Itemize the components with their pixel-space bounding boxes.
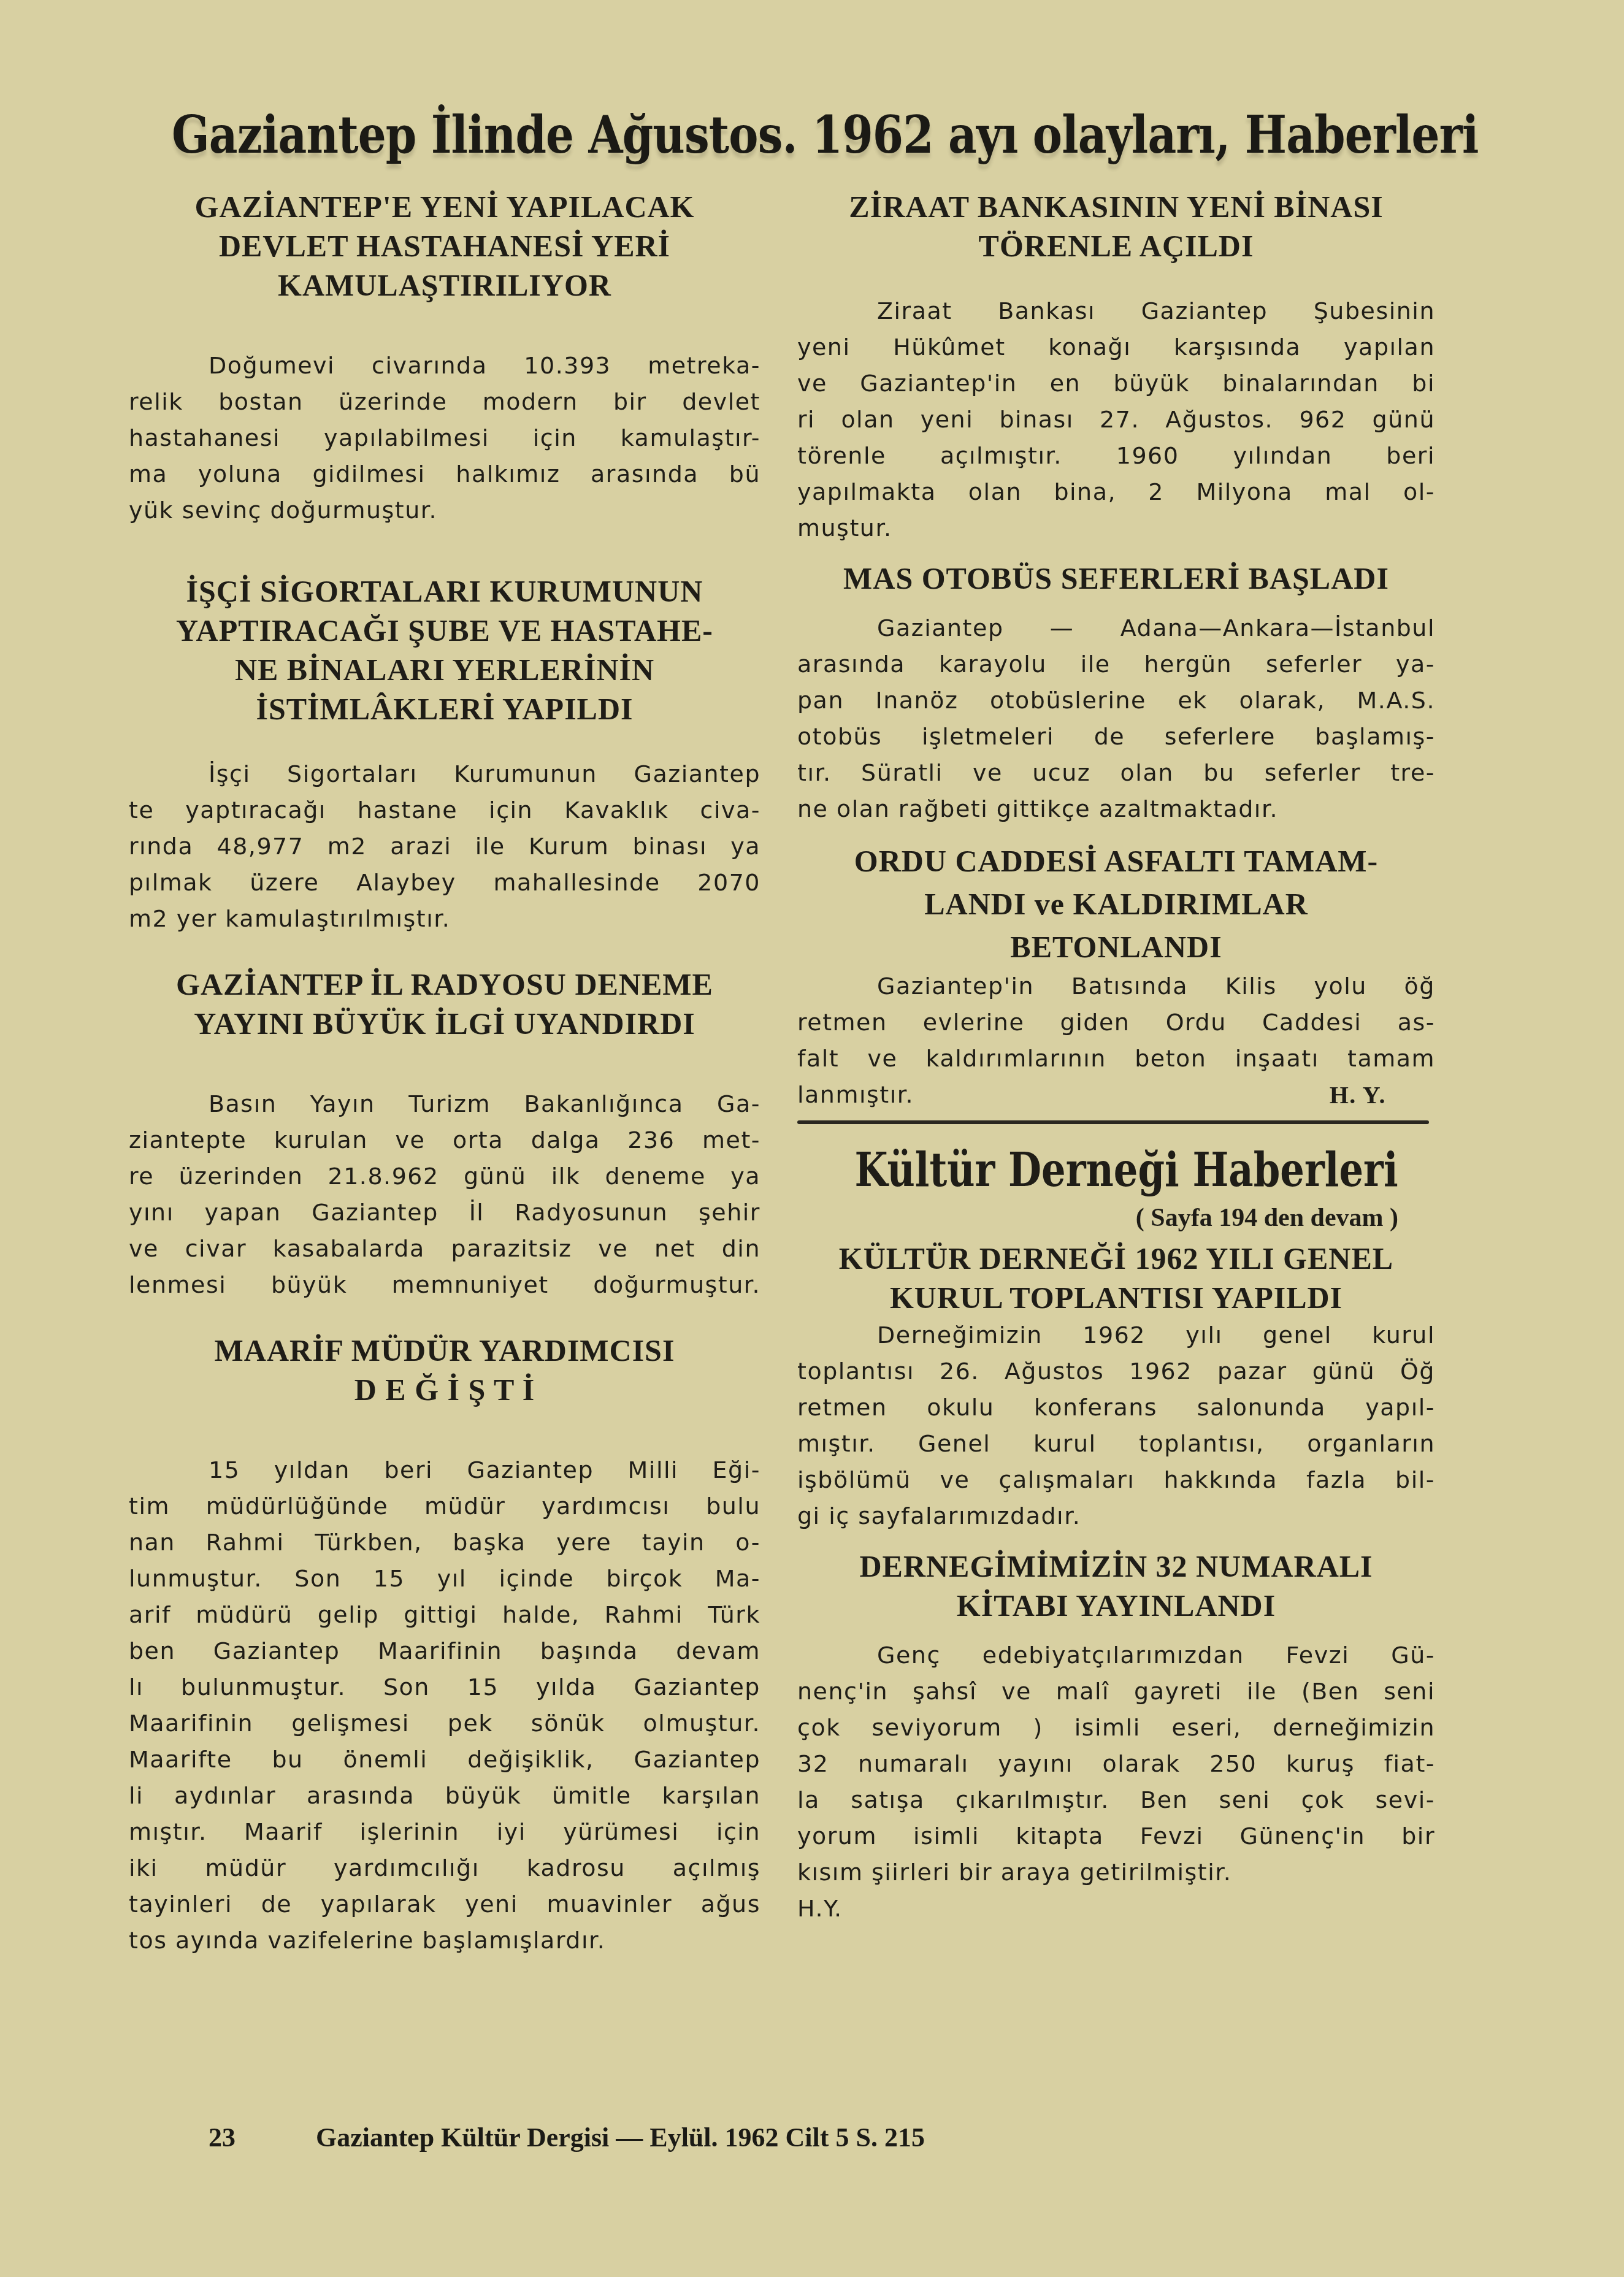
article-headline: GAZİANTEP'E YENİ YAPILACAK DEVLET HASTAH… bbox=[129, 187, 760, 305]
article-body: Basın Yayın Turizm Bakanlığınca Ga- zian… bbox=[129, 1086, 760, 1303]
article-book-published: DERNEGİMİMİZİN 32 NUMARALI KİTABI YAYINL… bbox=[797, 1547, 1435, 1927]
publication-info: Gaziantep Kültür Dergisi — Eylül. 1962 C… bbox=[316, 2122, 925, 2153]
article-body: Derneğimizin 1962 yılı genel kurul topla… bbox=[797, 1317, 1435, 1534]
article-headline: MAS OTOBÜS SEFERLERİ BAŞLADI bbox=[797, 559, 1435, 598]
left-column: GAZİANTEP'E YENİ YAPILACAK DEVLET HASTAH… bbox=[129, 187, 760, 1959]
article-body: Gaziantep — Adana—Ankara—İstanbul arasın… bbox=[797, 610, 1435, 827]
article-general-assembly: KÜLTÜR DERNEĞİ 1962 YILI GENEL KURUL TOP… bbox=[797, 1239, 1435, 1534]
article-headline: MAARİF MÜDÜR YARDIMCISI D E Ğ İ Ş T İ bbox=[129, 1331, 760, 1409]
article-headline: GAZİANTEP İL RADYOSU DENEME YAYINI BÜYÜK… bbox=[129, 965, 760, 1043]
article-ziraat-bank: ZİRAAT BANKASININ YENİ BİNASI TÖRENLE AÇ… bbox=[797, 187, 1435, 546]
article-headline: ZİRAAT BANKASININ YENİ BİNASI TÖRENLE AÇ… bbox=[797, 187, 1435, 266]
article-radio-broadcast: GAZİANTEP İL RADYOSU DENEME YAYINI BÜYÜK… bbox=[129, 965, 760, 1303]
section-divider bbox=[797, 1120, 1429, 1124]
author-signature: H. Y. bbox=[1330, 1077, 1386, 1113]
article-insurance-buildings: İŞÇİ SİGORTALARI KURUMUNUN YAPTIRACAĞI Ş… bbox=[129, 572, 760, 937]
article-headline: KÜLTÜR DERNEĞİ 1962 YILI GENEL KURUL TOP… bbox=[797, 1239, 1435, 1317]
article-body: Doğumevi civarında 10.393 metreka- relik… bbox=[129, 348, 760, 529]
continued-note: ( Sayfa 194 den devam ) bbox=[797, 1203, 1435, 1233]
article-mas-bus: MAS OTOBÜS SEFERLERİ BAŞLADI Gaziantep —… bbox=[797, 559, 1435, 827]
article-body: Genç edebiyatçılarımızdan Fevzi Gü- nenç… bbox=[797, 1637, 1435, 1927]
author-signature: H.Y. bbox=[797, 1891, 1435, 1927]
article-education-deputy: MAARİF MÜDÜR YARDIMCISI D E Ğ İ Ş T İ 15… bbox=[129, 1331, 760, 1959]
page-number: 23 bbox=[209, 2122, 236, 2153]
article-body: 15 yıldan beri Gaziantep Milli Eği- tim … bbox=[129, 1452, 760, 1959]
article-body: İşçi Sigortaları Kurumunun Gaziantep te … bbox=[129, 756, 760, 937]
article-headline: DERNEGİMİMİZİN 32 NUMARALI KİTABI YAYINL… bbox=[797, 1547, 1435, 1625]
section-title: Kültür Derneği Haberleri bbox=[855, 1142, 1378, 1197]
page-title: Gaziantep İlinde Ağustos. 1962 ayı olayl… bbox=[172, 104, 1227, 165]
article-body: Gaziantep'in Batısında Kilis yolu öğ ret… bbox=[797, 968, 1435, 1113]
article-headline: İŞÇİ SİGORTALARI KURUMUNUN YAPTIRACAĞI Ş… bbox=[129, 572, 760, 729]
article-ordu-street: ORDU CADDESİ ASFALTI TAMAM- LANDI ve KAL… bbox=[797, 840, 1435, 1113]
page-footer: 23 Gaziantep Kültür Dergisi — Eylül. 196… bbox=[209, 2122, 925, 2153]
article-hospital-expropriation: GAZİANTEP'E YENİ YAPILACAK DEVLET HASTAH… bbox=[129, 187, 760, 529]
article-headline: ORDU CADDESİ ASFALTI TAMAM- LANDI ve KAL… bbox=[797, 840, 1435, 968]
article-body: Ziraat Bankası Gaziantep Şubesinin yeni … bbox=[797, 293, 1435, 546]
right-column: ZİRAAT BANKASININ YENİ BİNASI TÖRENLE AÇ… bbox=[797, 187, 1435, 1927]
